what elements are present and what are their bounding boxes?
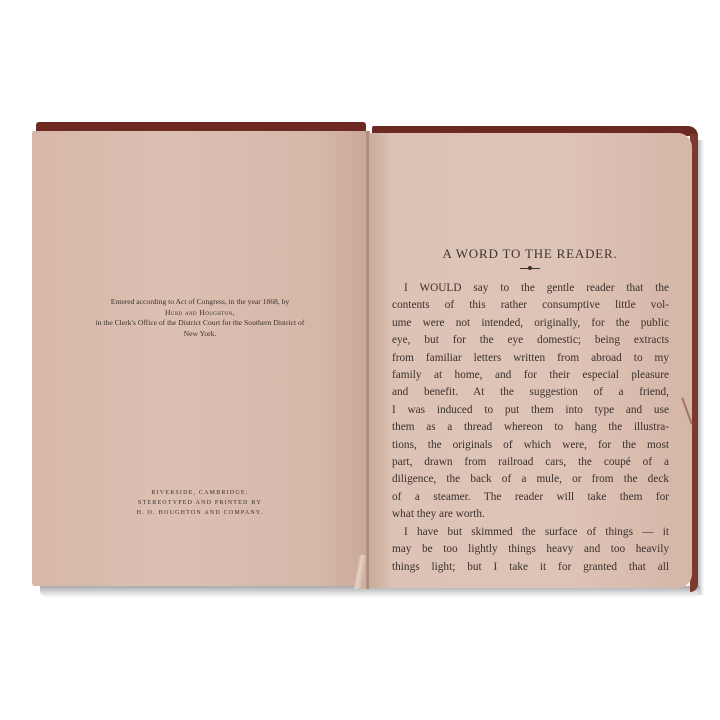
left-page: Entered according to Act of Congress, in…: [32, 131, 368, 586]
text-line: I was induced to put them into type and …: [392, 402, 669, 419]
text-line: tions, the originals of which were, for …: [392, 437, 669, 454]
copyright-notice: Entered according to Act of Congress, in…: [32, 297, 368, 339]
text-line: and benefit. At the suggestion of a frie…: [392, 384, 669, 401]
text-line: from familiar letters written from abroa…: [392, 350, 669, 367]
text-line: ume were not intended, originally, for t…: [392, 315, 669, 332]
text-line: I have but skimmed the surface of things…: [392, 524, 669, 541]
text-line: family at home, and for their especial p…: [392, 367, 669, 384]
imprint-line-1: Riverside, Cambridge:: [32, 488, 368, 498]
copyright-line-3: in the Clerk's Office of the District Co…: [32, 318, 368, 329]
text-line: them as a thread whereon to hang the ill…: [392, 419, 669, 436]
ornament-rule-icon: [520, 266, 540, 272]
body-text: I WOULD say to the gentle reader that th…: [392, 280, 669, 576]
text-line: eye, but for the eye domestic; being ext…: [392, 332, 669, 349]
copyright-publisher: Hurd and Houghton,: [32, 308, 368, 319]
printer-imprint: Riverside, Cambridge: Stereotyped and Pr…: [32, 488, 368, 518]
open-book-photo: Entered according to Act of Congress, in…: [0, 0, 720, 720]
chapter-heading: A WORD TO THE READER.: [389, 246, 671, 262]
text-line: things light; but I take it for granted …: [392, 559, 669, 576]
page-fold: [350, 555, 366, 589]
text-line: part, drawn from railroad cars, the coup…: [392, 454, 669, 471]
imprint-line-3: H. O. Houghton and Company.: [32, 508, 368, 518]
text-line: I WOULD say to the gentle reader that th…: [392, 280, 669, 297]
imprint-line-2: Stereotyped and Printed by: [32, 498, 368, 508]
copyright-line-1: Entered according to Act of Congress, in…: [32, 297, 368, 308]
text-line: contents of this rather consumptive litt…: [392, 297, 669, 314]
text-line: what they are worth.: [392, 506, 669, 523]
text-line: of a steamer. The reader will take them …: [392, 489, 669, 506]
text-line: may be too lightly things heavy and too …: [392, 541, 669, 558]
right-page: A WORD TO THE READER. I WOULD say to the…: [369, 133, 692, 588]
copyright-line-4: New York.: [32, 329, 368, 340]
text-line: diligence, the back of a mule, or from t…: [392, 471, 669, 488]
